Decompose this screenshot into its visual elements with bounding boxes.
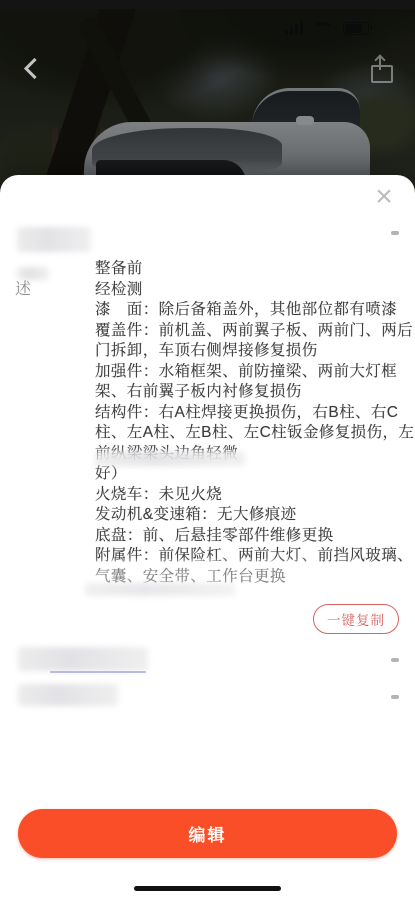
censored-row xyxy=(18,647,148,671)
report-line: 火烧车：未见火烧 xyxy=(95,485,407,506)
share-icon[interactable] xyxy=(366,54,396,84)
home-indicator[interactable] xyxy=(134,886,281,891)
scroll-indicator xyxy=(391,658,399,662)
report-line: 附属件：前保险杠、两前大灯、前挡风玻璃、 xyxy=(95,546,407,567)
copy-button[interactable]: 一键复制 xyxy=(313,604,399,634)
close-icon[interactable]: × xyxy=(366,179,402,215)
report-line: 经检测 xyxy=(95,280,407,301)
censored-text xyxy=(85,583,235,596)
report-line: 门拆卸，车顶右侧焊接修复损伤 xyxy=(95,341,407,362)
share-box xyxy=(371,65,393,83)
censored-text xyxy=(95,451,245,466)
scroll-indicator xyxy=(391,695,399,699)
report-line: 柱、左A柱、左B柱、左C柱钣金修复损伤，左 xyxy=(95,423,407,444)
report-line: 架、右前翼子板内衬修复损伤 xyxy=(95,382,407,403)
report-line: 底盘：前、后悬挂零部件维修更换 xyxy=(95,526,407,547)
back-button[interactable] xyxy=(18,56,48,86)
scroll-indicator xyxy=(391,231,399,235)
inspection-report-text[interactable]: 整备前 经检测 漆 面：除后备箱盖外，其他部位都有喷漆 覆盖件：前机盖、两前翼子… xyxy=(95,259,407,587)
app-screen: × 述 整备前 经检测 漆 面：除后备箱盖外，其他部位都有喷漆 覆盖件：前机盖、… xyxy=(0,0,415,900)
report-line: 结构件：右A柱焊接更换损伤，右B柱、右C xyxy=(95,403,407,424)
censored-row-underline xyxy=(50,671,146,673)
status-bar-strip xyxy=(0,0,415,9)
report-line: 加强件：水箱框架、前防撞梁、两前大灯框 xyxy=(95,362,407,383)
censored-label xyxy=(17,227,91,252)
report-line: 漆 面：除后备箱盖外，其他部位都有喷漆 xyxy=(95,300,407,321)
battery-icon xyxy=(343,22,369,35)
report-line: 发动机&变速箱：无大修痕迹 xyxy=(95,505,407,526)
report-line: 好） xyxy=(95,464,407,485)
report-line: 整备前 xyxy=(95,259,407,280)
censored-row xyxy=(18,684,118,706)
report-line: 覆盖件：前机盖、两前翼子板、两前门、两后 xyxy=(95,321,407,342)
signal-bars-icon xyxy=(285,21,303,35)
wifi-icon xyxy=(313,22,333,35)
edit-button[interactable]: 编辑 xyxy=(18,809,397,858)
report-bottom-sheet: × 述 整备前 经检测 漆 面：除后备箱盖外，其他部位都有喷漆 覆盖件：前机盖、… xyxy=(0,175,415,900)
status-bar xyxy=(285,18,405,38)
field-label-description: 述 xyxy=(15,276,32,299)
